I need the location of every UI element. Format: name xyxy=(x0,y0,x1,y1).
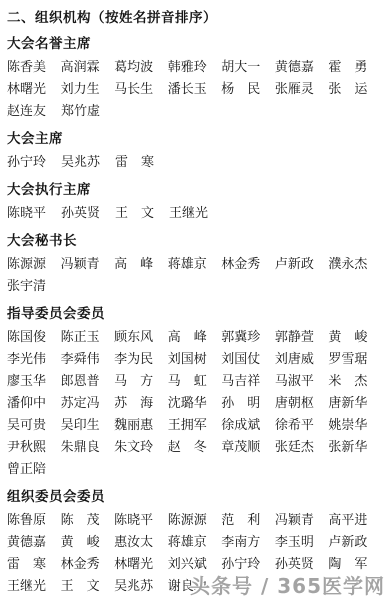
person-name: 陈 茂 xyxy=(61,510,115,532)
person-name: 陈源源 xyxy=(168,510,222,532)
person-name: 高润霖 xyxy=(61,57,115,79)
person-name: 胡大一 xyxy=(221,57,275,79)
name-row: 黄德嘉黄 峻惠汝太蒋雄京李南方李玉明卢新政 xyxy=(7,532,382,554)
person-name: 唐朝枢 xyxy=(275,393,329,415)
person-name: 顾东风 xyxy=(114,327,168,349)
person-name: 黄 峻 xyxy=(61,532,115,554)
person-name: 郎恩普 xyxy=(61,371,115,393)
person-name: 赵 冬 xyxy=(168,437,222,459)
org-list: 大会名誉主席陈香美高润霖葛均波韩雅玲胡大一黄德嘉霍 勇林曙光刘力生马长生潘长玉杨… xyxy=(7,34,382,598)
person-name: 黄德嘉 xyxy=(7,532,61,554)
person-name: 高 峰 xyxy=(168,327,222,349)
name-row: 张宇清 xyxy=(7,276,382,298)
person-name: 张宇清 xyxy=(7,276,46,298)
person-name: 陈正玉 xyxy=(61,327,115,349)
person-name: 潘长玉 xyxy=(168,79,222,101)
name-row: 陈鲁原陈 茂陈晓平陈源源范 利冯颖青高平进 xyxy=(7,510,382,532)
person-name: 徐成斌 xyxy=(221,415,275,437)
person-name: 韩雅玲 xyxy=(168,57,222,79)
name-row: 陈香美高润霖葛均波韩雅玲胡大一黄德嘉霍 勇 xyxy=(7,57,382,79)
person-name: 郭静萱 xyxy=(275,327,329,349)
person-name: 范 利 xyxy=(221,510,275,532)
person-name: 王继光 xyxy=(7,576,61,598)
person-name: 雷 寒 xyxy=(115,152,154,174)
person-name: 孙宁玲 xyxy=(7,152,46,174)
person-name: 马 虹 xyxy=(168,371,222,393)
name-row: 尹秋熙朱鼎良朱文玲赵 冬章茂顺张廷杰张新华 xyxy=(7,437,382,459)
person-name: 黄 峻 xyxy=(328,327,382,349)
person-name: 张 运 xyxy=(328,79,382,101)
name-row: 陈国俊陈正玉顾东风高 峰郭冀珍郭静萱黄 峻 xyxy=(7,327,382,349)
person-name: 吴兆苏 xyxy=(114,576,168,598)
person-name: 徐希平 xyxy=(275,415,329,437)
name-row: 李光伟李舜伟李为民刘国树刘国仗刘唐威罗雪琚 xyxy=(7,349,382,371)
person-name: 潘仰中 xyxy=(7,393,61,415)
person-name: 魏丽惠 xyxy=(114,415,168,437)
person-name: 冯颖青 xyxy=(61,254,115,276)
person-name: 刘唐威 xyxy=(275,349,329,371)
person-name: 马淑平 xyxy=(275,371,329,393)
name-row: 潘仰中苏定冯苏 海沈璐华孙 明唐朝枢唐新华 xyxy=(7,393,382,415)
person-name: 米 杰 xyxy=(328,371,382,393)
section-heading: 大会执行主席 xyxy=(7,180,382,200)
person-name: 陈源源 xyxy=(7,254,61,276)
site-watermark: 头条号 / 365医学网 xyxy=(190,570,385,599)
name-row: 廖玉华郎恩普马 方马 虹马吉祥马淑平米 杰 xyxy=(7,371,382,393)
person-name: 林金秀 xyxy=(221,254,275,276)
person-name: 林曙光 xyxy=(114,554,168,576)
page-title: 二、组织机构（按姓名拼音排序） xyxy=(7,8,382,28)
name-row: 林曙光刘力生马长生潘长玉杨 民张雁灵张 运 xyxy=(7,79,382,101)
person-name: 蒋雄京 xyxy=(168,532,222,554)
person-name: 卢新政 xyxy=(328,532,382,554)
section-0: 大会名誉主席陈香美高润霖葛均波韩雅玲胡大一黄德嘉霍 勇林曙光刘力生马长生潘长玉杨… xyxy=(7,34,382,123)
person-name: 郑竹虚 xyxy=(61,101,100,123)
person-name: 林曙光 xyxy=(7,79,61,101)
person-name: 马吉祥 xyxy=(221,371,275,393)
person-name: 朱鼎良 xyxy=(61,437,115,459)
person-name: 王 文 xyxy=(115,203,154,225)
person-name: 陈国俊 xyxy=(7,327,61,349)
name-row: 赵连友郑竹虚 xyxy=(7,101,382,123)
person-name: 高平进 xyxy=(328,510,382,532)
person-name: 苏定冯 xyxy=(61,393,115,415)
person-name: 孙英贤 xyxy=(61,203,100,225)
person-name: 孙 明 xyxy=(221,393,275,415)
person-name: 惠汝太 xyxy=(114,532,168,554)
section-3: 大会秘书长陈源源冯颖青高 峰蒋雄京林金秀卢新政濮永杰张宇清 xyxy=(7,231,382,298)
person-name: 陈晓平 xyxy=(7,203,46,225)
person-name: 蒋雄京 xyxy=(168,254,222,276)
person-name: 葛均波 xyxy=(114,57,168,79)
person-name: 吴可贵 xyxy=(7,415,61,437)
person-name: 王 文 xyxy=(61,576,115,598)
person-name: 李南方 xyxy=(221,532,275,554)
person-name: 章茂顺 xyxy=(221,437,275,459)
name-row: 陈源源冯颖青高 峰蒋雄京林金秀卢新政濮永杰 xyxy=(7,254,382,276)
person-name: 冯颖青 xyxy=(275,510,329,532)
person-name: 马长生 xyxy=(114,79,168,101)
section-heading: 指导委员会委员 xyxy=(7,304,382,324)
section-heading: 大会秘书长 xyxy=(7,231,382,251)
person-name: 杨 民 xyxy=(221,79,275,101)
person-name: 张雁灵 xyxy=(275,79,329,101)
person-name: 张廷杰 xyxy=(275,437,329,459)
person-name: 高 峰 xyxy=(114,254,168,276)
name-row: 陈晓平孙英贤王 文王继光 xyxy=(7,203,382,225)
person-name: 王拥军 xyxy=(168,415,222,437)
name-row: 曾正陪 xyxy=(7,459,382,481)
section-heading: 组织委员会委员 xyxy=(7,487,382,507)
person-name: 姚崇华 xyxy=(328,415,382,437)
person-name: 赵连友 xyxy=(7,101,46,123)
person-name: 王继光 xyxy=(169,203,208,225)
section-heading: 大会主席 xyxy=(7,129,382,149)
person-name: 林金秀 xyxy=(61,554,115,576)
name-row: 孙宁玲吴兆苏雷 寒 xyxy=(7,152,382,174)
person-name: 刘力生 xyxy=(61,79,115,101)
person-name: 李玉明 xyxy=(275,532,329,554)
person-name: 李光伟 xyxy=(7,349,61,371)
person-name: 刘国树 xyxy=(168,349,222,371)
person-name: 苏 海 xyxy=(114,393,168,415)
person-name: 吴兆苏 xyxy=(61,152,100,174)
person-name: 李为民 xyxy=(114,349,168,371)
document-page: 二、组织机构（按姓名拼音排序） 大会名誉主席陈香美高润霖葛均波韩雅玲胡大一黄德嘉… xyxy=(0,0,386,598)
person-name: 刘国仗 xyxy=(221,349,275,371)
person-name: 尹秋熙 xyxy=(7,437,61,459)
person-name: 陈晓平 xyxy=(114,510,168,532)
person-name: 濮永杰 xyxy=(328,254,382,276)
person-name: 曾正陪 xyxy=(7,459,46,481)
person-name: 张新华 xyxy=(328,437,382,459)
person-name: 唐新华 xyxy=(328,393,382,415)
person-name: 霍 勇 xyxy=(328,57,382,79)
person-name: 罗雪琚 xyxy=(328,349,382,371)
section-1: 大会主席孙宁玲吴兆苏雷 寒 xyxy=(7,129,382,174)
person-name: 雷 寒 xyxy=(7,554,61,576)
person-name: 廖玉华 xyxy=(7,371,61,393)
section-heading: 大会名誉主席 xyxy=(7,34,382,54)
person-name: 陈鲁原 xyxy=(7,510,61,532)
person-name: 朱文玲 xyxy=(114,437,168,459)
person-name: 吴印生 xyxy=(61,415,115,437)
section-2: 大会执行主席陈晓平孙英贤王 文王继光 xyxy=(7,180,382,225)
person-name: 黄德嘉 xyxy=(275,57,329,79)
person-name: 沈璐华 xyxy=(168,393,222,415)
name-row: 吴可贵吴印生魏丽惠王拥军徐成斌徐希平姚崇华 xyxy=(7,415,382,437)
person-name: 郭冀珍 xyxy=(221,327,275,349)
section-4: 指导委员会委员陈国俊陈正玉顾东风高 峰郭冀珍郭静萱黄 峻李光伟李舜伟李为民刘国树… xyxy=(7,304,382,481)
person-name: 李舜伟 xyxy=(61,349,115,371)
person-name: 陈香美 xyxy=(7,57,61,79)
person-name: 卢新政 xyxy=(275,254,329,276)
person-name: 马 方 xyxy=(114,371,168,393)
